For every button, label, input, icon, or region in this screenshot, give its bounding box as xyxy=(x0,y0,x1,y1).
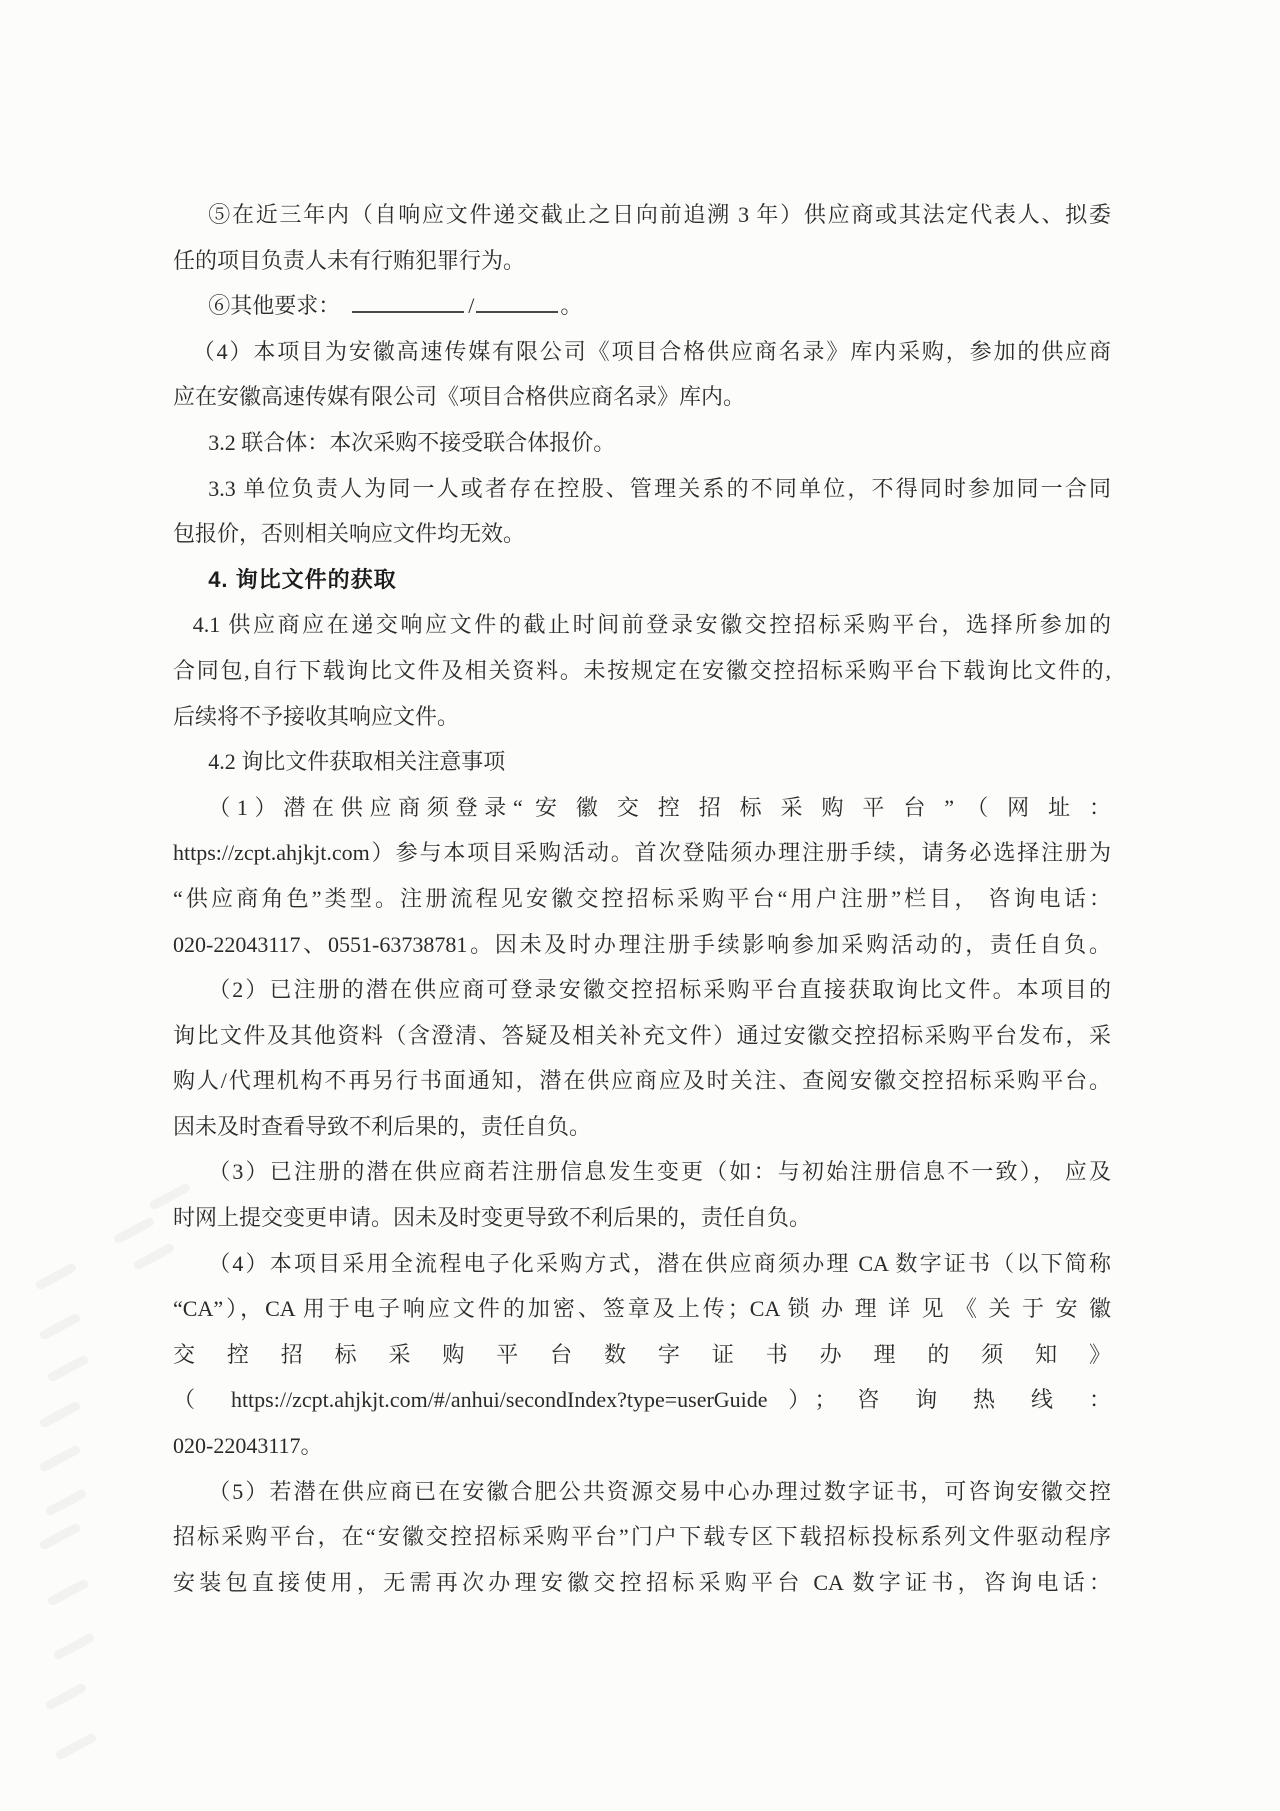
scan-smudge xyxy=(46,1578,89,1607)
note-4-line-2: “CA”），CA 用于电子响应文件的加密、签章及上传；CA 锁 办 理 详 见 … xyxy=(173,1286,1111,1332)
clause-5-line-2: 任的项目负责人未有行贿犯罪行为。 xyxy=(173,238,1111,284)
note-4-line-3: 交 控 招 标 采 购 平 台 数 字 证 书 办 理 的 须 知 》 xyxy=(173,1332,1111,1378)
note-2-line-4: 因未及时查看导致不利后果的，责任自负。 xyxy=(173,1104,1111,1150)
note-2-line-3: 购人/代理机构不再另行书面通知，潜在供应商应及时关注、查阅安徽交控招标采购平台。 xyxy=(173,1058,1111,1104)
clause-6-period: 。 xyxy=(560,293,582,318)
section-4-2-heading: 4.2 询比文件获取相关注意事项 xyxy=(173,739,1111,785)
scan-smudge xyxy=(112,1216,155,1245)
scanned-document-page: ⑤在近三年内（自响应文件递交截止之日向前追溯 3 年）供应商或其法定代表人、拟委… xyxy=(0,0,1280,1811)
section-3-3-line-1: 3.3 单位负责人为同一人或者存在控股、管理关系的不同单位，不得同时参加同一合同 xyxy=(173,466,1111,512)
scan-smudge xyxy=(132,1242,175,1271)
scan-smudge xyxy=(44,1488,87,1517)
section-4-1-line-1: 4.1 供应商应在递交响应文件的截止时间前登录安徽交控招标采购平台，选择所参加的 xyxy=(173,602,1111,648)
scan-smudge xyxy=(44,1682,87,1711)
note-3-line-2: 时网上提交变更申请。因未及时变更导致不利后果的，责任自负。 xyxy=(173,1195,1111,1241)
scan-smudge xyxy=(38,1444,81,1473)
section-3-2: 3.2 联合体：本次采购不接受联合体报价。 xyxy=(173,420,1111,466)
scan-smudge xyxy=(54,1732,97,1761)
note-4-line-1: （4）本项目采用全流程电子化采购方式，潜在供应商须办理 CA 数字证书（以下简称 xyxy=(173,1241,1111,1287)
note-1-line-3: “供应商角色”类型。注册流程见安徽交控招标采购平台“用户注册”栏目， 咨询电话： xyxy=(173,876,1111,922)
section-4-1-line-2: 合同包,自行下载询比文件及相关资料。未按规定在安徽交控招标采购平台下载询比文件的… xyxy=(173,648,1111,694)
note-5-line-1: （5）若潜在供应商已在安徽合肥公共资源交易中心办理过数字证书，可咨询安徽交控 xyxy=(173,1469,1111,1515)
item-4-line-2: 应在安徽高速传媒有限公司《项目合格供应商名录》库内。 xyxy=(173,374,1111,420)
fill-in-blank-underline xyxy=(476,306,558,313)
scan-smudge xyxy=(38,1312,81,1341)
section-4-1-line-3: 后续将不予接收其响应文件。 xyxy=(173,694,1111,740)
section-3-3-line-2: 包报价，否则相关响应文件均无效。 xyxy=(173,511,1111,557)
note-1-line-1: （1）潜在供应商须登录“ 安 徽 交 控 招 标 采 购 平 台 ” （ 网 址… xyxy=(173,785,1111,831)
note-5-line-3: 安装包直接使用，无需再次办理安徽交控招标采购平台 CA 数字证书，咨询电话： xyxy=(173,1560,1111,1606)
document-body: ⑤在近三年内（自响应文件递交截止之日向前追溯 3 年）供应商或其法定代表人、拟委… xyxy=(173,192,1111,1605)
clause-6-label: ⑥其他要求： xyxy=(208,293,340,318)
note-2-line-1: （2）已注册的潜在供应商可登录安徽交控招标采购平台直接获取询比文件。本项目的 xyxy=(173,967,1111,1013)
scan-smudge xyxy=(34,1262,77,1291)
scan-smudge xyxy=(52,1632,95,1661)
item-4-line-1: （4）本项目为安徽高速传媒有限公司《项目合格供应商名录》库内采购，参加的供应商 xyxy=(173,329,1111,375)
clause-6-other-requirements: ⑥其他要求：/。 xyxy=(173,283,1111,329)
scan-smudge xyxy=(38,1400,81,1429)
fill-in-blank-underline xyxy=(352,306,464,313)
scan-smudge xyxy=(46,1354,89,1383)
clause-5-line-1: ⑤在近三年内（自响应文件递交截止之日向前追溯 3 年）供应商或其法定代表人、拟委 xyxy=(173,192,1111,238)
blank-separator-slash: / xyxy=(468,293,474,318)
note-3-line-1: （3）已注册的潜在供应商若注册信息发生变更（如：与初始注册信息不一致）， 应及 xyxy=(173,1149,1111,1195)
note-4-line-4: （ https://zcpt.ahjkjt.com/#/anhui/second… xyxy=(173,1377,1111,1423)
note-1-line-4: 020-22043117、0551-63738781。因未及时办理注册手续影响参… xyxy=(173,922,1111,968)
note-1-line-2: https://zcpt.ahjkjt.com）参与本项目采购活动。首次登陆须办… xyxy=(173,830,1111,876)
note-5-line-2: 招标采购平台，在“安徽交控招标采购平台”门户下载专区下载招标投标系列文件驱动程序 xyxy=(173,1514,1111,1560)
section-4-heading: 4. 询比文件的获取 xyxy=(173,557,1111,603)
note-4-line-5: 020-22043117。 xyxy=(173,1423,1111,1469)
note-2-line-2: 询比文件及其他资料（含澄清、答疑及相关补充文件）通过安徽交控招标采购平台发布，采 xyxy=(173,1013,1111,1059)
scan-smudge xyxy=(38,1522,81,1551)
